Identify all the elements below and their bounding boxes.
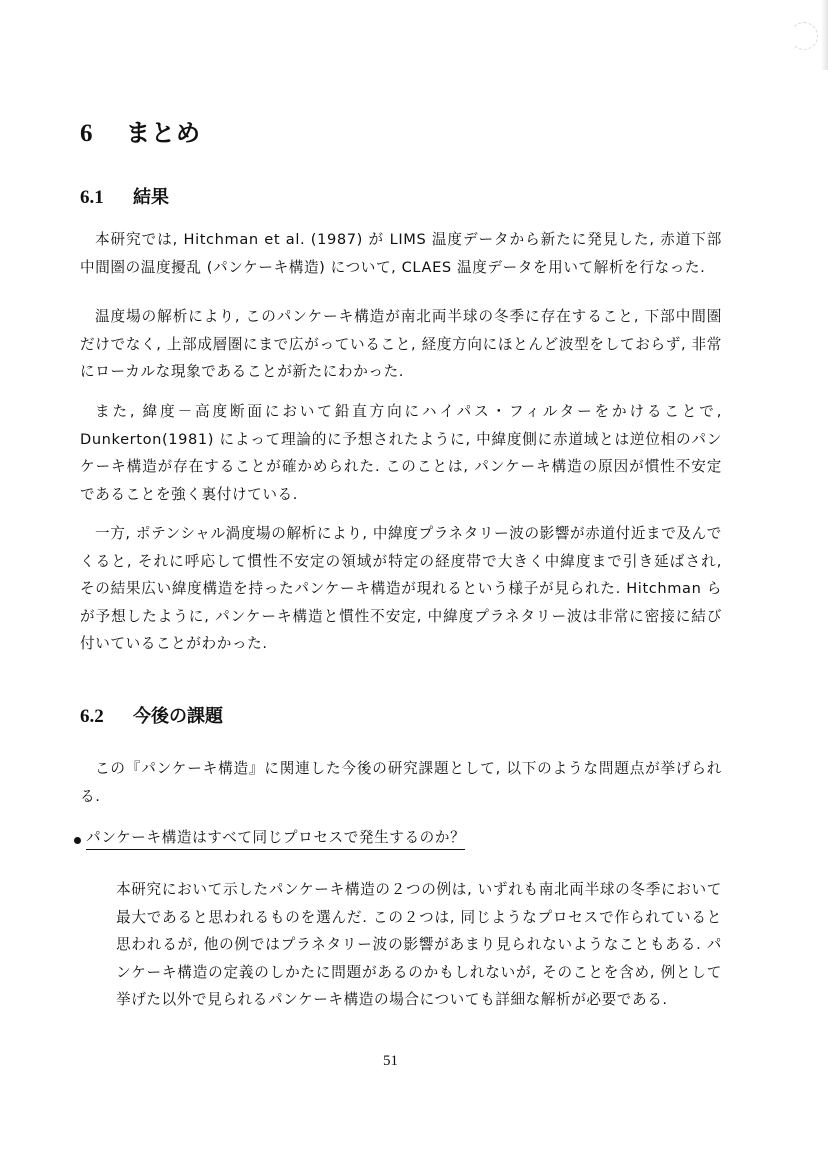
- bullet-icon: [74, 837, 81, 844]
- scan-artifact-mark: [790, 22, 818, 50]
- page-number: 51: [383, 1053, 398, 1070]
- chapter-title: まとめ: [126, 119, 201, 147]
- section-number: 6.1: [80, 187, 133, 209]
- chapter-number: 6: [80, 120, 126, 148]
- paragraph: また, 緯度－高度断面において鉛直方向にハイパス・フィルターをかけることで, D…: [80, 398, 722, 508]
- scan-edge-shadow: [821, 0, 828, 70]
- section-heading-6-1: 6.1結果: [80, 183, 169, 209]
- paragraph: 温度場の解析により, このパンケーキ構造が南北両半球の冬季に存在すること, 下部…: [80, 303, 722, 386]
- section-title: 結果: [133, 187, 169, 208]
- section-title: 今後の課題: [133, 706, 223, 727]
- bullet-body: 本研究において示したパンケーキ構造の２つの例は, いずれも南北両半球の冬季におい…: [116, 876, 722, 1014]
- chapter-heading: 6まとめ: [80, 113, 201, 148]
- bullet-heading: パンケーキ構造はすべて同じプロセスで発生するのか？: [86, 829, 465, 850]
- paragraph: この『パンケーキ構造』に関連した今後の研究課題として, 以下のような問題点が挙げ…: [80, 755, 722, 810]
- section-number: 6.2: [80, 706, 133, 728]
- section-heading-6-2: 6.2今後の課題: [80, 702, 223, 728]
- paragraph: 本研究では, Hitchman et al. (1987) が LIMS 温度デ…: [80, 226, 722, 281]
- paragraph: 一方, ポテンシャル渦度場の解析により, 中緯度プラネタリー波の影響が赤道付近ま…: [80, 520, 722, 658]
- bullet-item: パンケーキ構造はすべて同じプロセスで発生するのか？: [74, 826, 465, 847]
